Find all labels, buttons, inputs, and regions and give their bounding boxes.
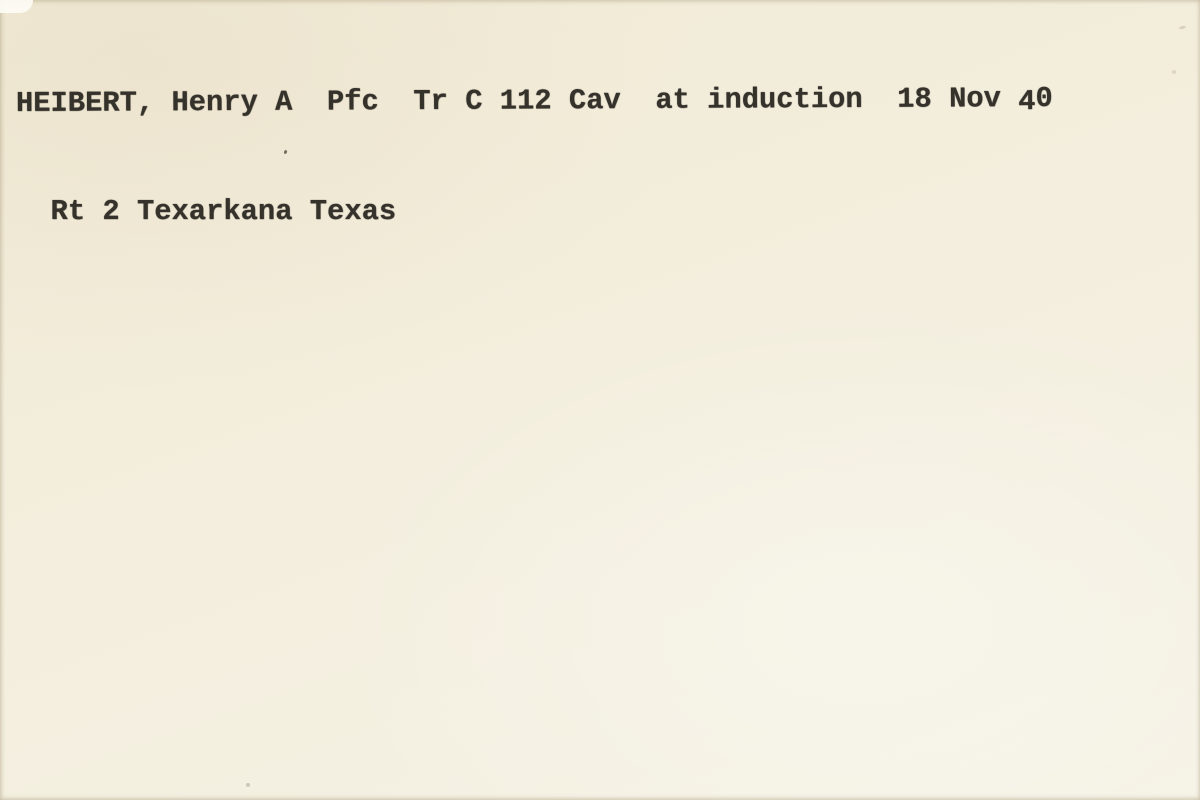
line1-year-digit-4: 4 (1018, 84, 1035, 120)
typed-line-2: Rt 2 Texarkana Texas (16, 194, 1053, 230)
index-card: HEIBERT, Henry A Pfc Tr C 112 Cav at ind… (0, 0, 1200, 800)
typed-line-1: HEIBERT, Henry A Pfc Tr C 112 Cav at ind… (16, 81, 1053, 122)
line1-year-digit-0: 0 (1035, 82, 1052, 115)
paper-mark (246, 783, 250, 787)
typed-text-block: HEIBERT, Henry A Pfc Tr C 112 Cav at ind… (16, 14, 1053, 302)
paper-mark (1179, 25, 1186, 29)
scan-corner-artifact (0, 0, 33, 13)
paper-mark (1172, 70, 1176, 74)
line1-text: HEIBERT, Henry A Pfc Tr C 112 Cav at ind… (16, 82, 1018, 120)
